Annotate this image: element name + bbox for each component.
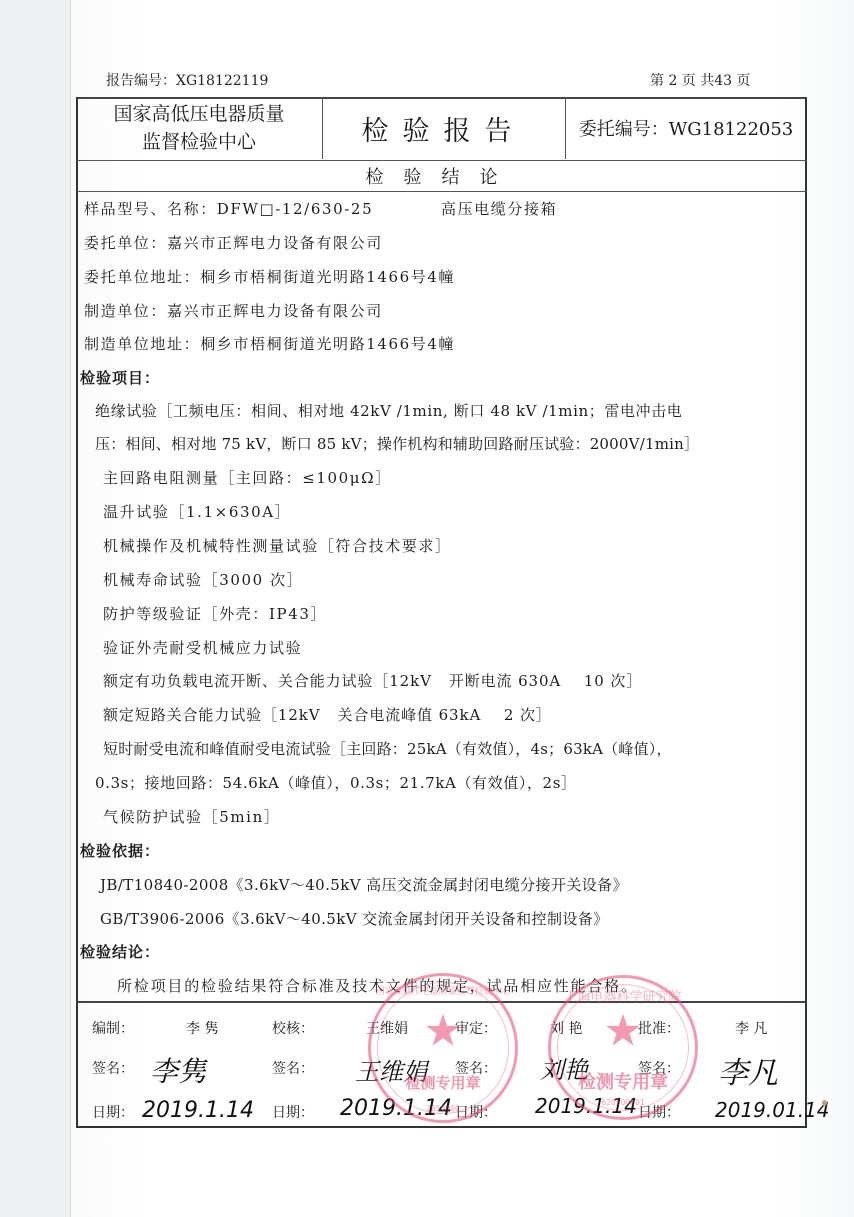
test-item: 短时耐受电流和峰值耐受电流试验［主回路：25kA（有效值），4s；63kA（峰值… — [103, 738, 672, 759]
org-name-line2: 监督检验中心 — [113, 128, 284, 156]
test-item: 温升试验［1.1×630A］ — [103, 501, 291, 522]
approver-signature: 李凡 — [718, 1048, 778, 1092]
paper-speck — [822, 1100, 827, 1106]
document-title: 检验报告 — [322, 97, 566, 159]
role-label-compiler: 编制： — [92, 1018, 134, 1038]
test-item: 额定短路关合能力试验［12kV 关合电流峰值 63kA 2 次］ — [103, 704, 552, 725]
stamp-bottom-text: 检测专用章 — [371, 1072, 515, 1093]
title-row: 国家高低压电器质量 监督检验中心 检验报告 委托编号：WG18122053 — [76, 97, 807, 161]
test-item: 防护等级验证［外壳：IP43］ — [103, 603, 327, 624]
manufacturer: 制造单位：嘉兴市正辉电力设备有限公司 — [84, 300, 383, 321]
test-item: 0.3s；接地回路：54.6kA（峰值），0.3s；21.7kA（有效值），2s… — [95, 772, 577, 793]
test-item: 额定有功负载电流开断、关合能力试验［12kV 开断电流 630A 10 次］ — [103, 670, 642, 691]
approver-date: 2019.01.14 — [715, 1098, 830, 1122]
compiler-date: 2019.1.14 — [142, 1098, 254, 1123]
sample-model-name: 样品型号、名称：DFW□-12/630-25 — [84, 198, 373, 219]
section-title: 检验结论 — [76, 161, 807, 192]
test-item: 机械寿命试验［3000 次］ — [103, 569, 303, 590]
client-address: 委托单位地址：桐乡市梧桐街道光明路1466号4幢 — [84, 266, 455, 287]
entrust-number: 委托编号：WG18122053 — [565, 97, 807, 159]
manufacturer-address: 制造单位地址：桐乡市梧桐街道光明路1466号4幢 — [84, 333, 455, 354]
stamp-code: 620500001 — [551, 1098, 695, 1107]
inspection-seal-stamp: 国家高低压电器质量监督检验中心 ★ 检测专用章 2050000 — [368, 973, 518, 1123]
sign-label: 签名： — [272, 1058, 314, 1078]
star-icon: ★ — [423, 1005, 462, 1056]
sign-label: 签名： — [92, 1058, 134, 1078]
test-item: 绝缘试验［工频电压：相间、相对地 42kV /1min, 断口 48 kV /1… — [95, 400, 682, 421]
stamp-arc-text: 上海电器科学研究院 — [551, 986, 695, 1005]
client: 委托单位：嘉兴市正辉电力设备有限公司 — [84, 232, 383, 253]
role-label-checker: 校核： — [272, 1018, 314, 1038]
date-label: 日期： — [272, 1102, 314, 1122]
institute-seal-stamp: 上海电器科学研究院 ★ 检测专用章 620500001 — [548, 975, 698, 1120]
page-indicator: 第 2 页 共43 页 — [650, 70, 751, 90]
compiler-signature: 李隽 — [150, 1050, 206, 1090]
conclusion-heading: 检验结论： — [80, 941, 160, 962]
sample-product-name: 高压电缆分接箱 — [441, 198, 557, 219]
test-item: 验证外壳耐受机械应力试验 — [103, 637, 302, 658]
org-name-line1: 国家高低压电器质量 — [113, 100, 284, 128]
report-number: 报告编号：XG18122119 — [106, 70, 268, 90]
date-label: 日期： — [92, 1102, 134, 1122]
approver-name: 李 凡 — [735, 1018, 767, 1038]
stamp-arc-text: 国家高低压电器质量监督检验中心 — [371, 984, 515, 997]
star-icon: ★ — [603, 1005, 642, 1056]
test-item: 压：相间、相对地 75 kV，断口 85 kV；操作机构和辅助回路耐压试验：20… — [95, 433, 699, 454]
compiler-name: 李 隽 — [186, 1018, 218, 1038]
test-items-heading: 检验项目： — [80, 367, 160, 388]
test-item: 气候防护试验［5min］ — [103, 806, 280, 827]
test-item: 主回路电阻测量［主回路：≤100μΩ］ — [103, 467, 392, 488]
org-name-cell: 国家高低压电器质量 监督检验中心 — [76, 97, 323, 159]
basis-heading: 检验依据： — [80, 840, 160, 861]
stamp-code: 2050000 — [371, 1104, 515, 1113]
basis-standard: GB/T3906-2006《3.6kV～40.5kV 交流金属封闭开关设备和控制… — [100, 908, 609, 929]
stamp-bottom-text: 检测专用章 — [551, 1068, 695, 1094]
test-item: 机械操作及机械特性测量试验［符合技术要求］ — [103, 535, 452, 556]
basis-standard: JB/T10840-2008《3.6kV～40.5kV 高压交流金属封闭电缆分接… — [100, 874, 628, 895]
